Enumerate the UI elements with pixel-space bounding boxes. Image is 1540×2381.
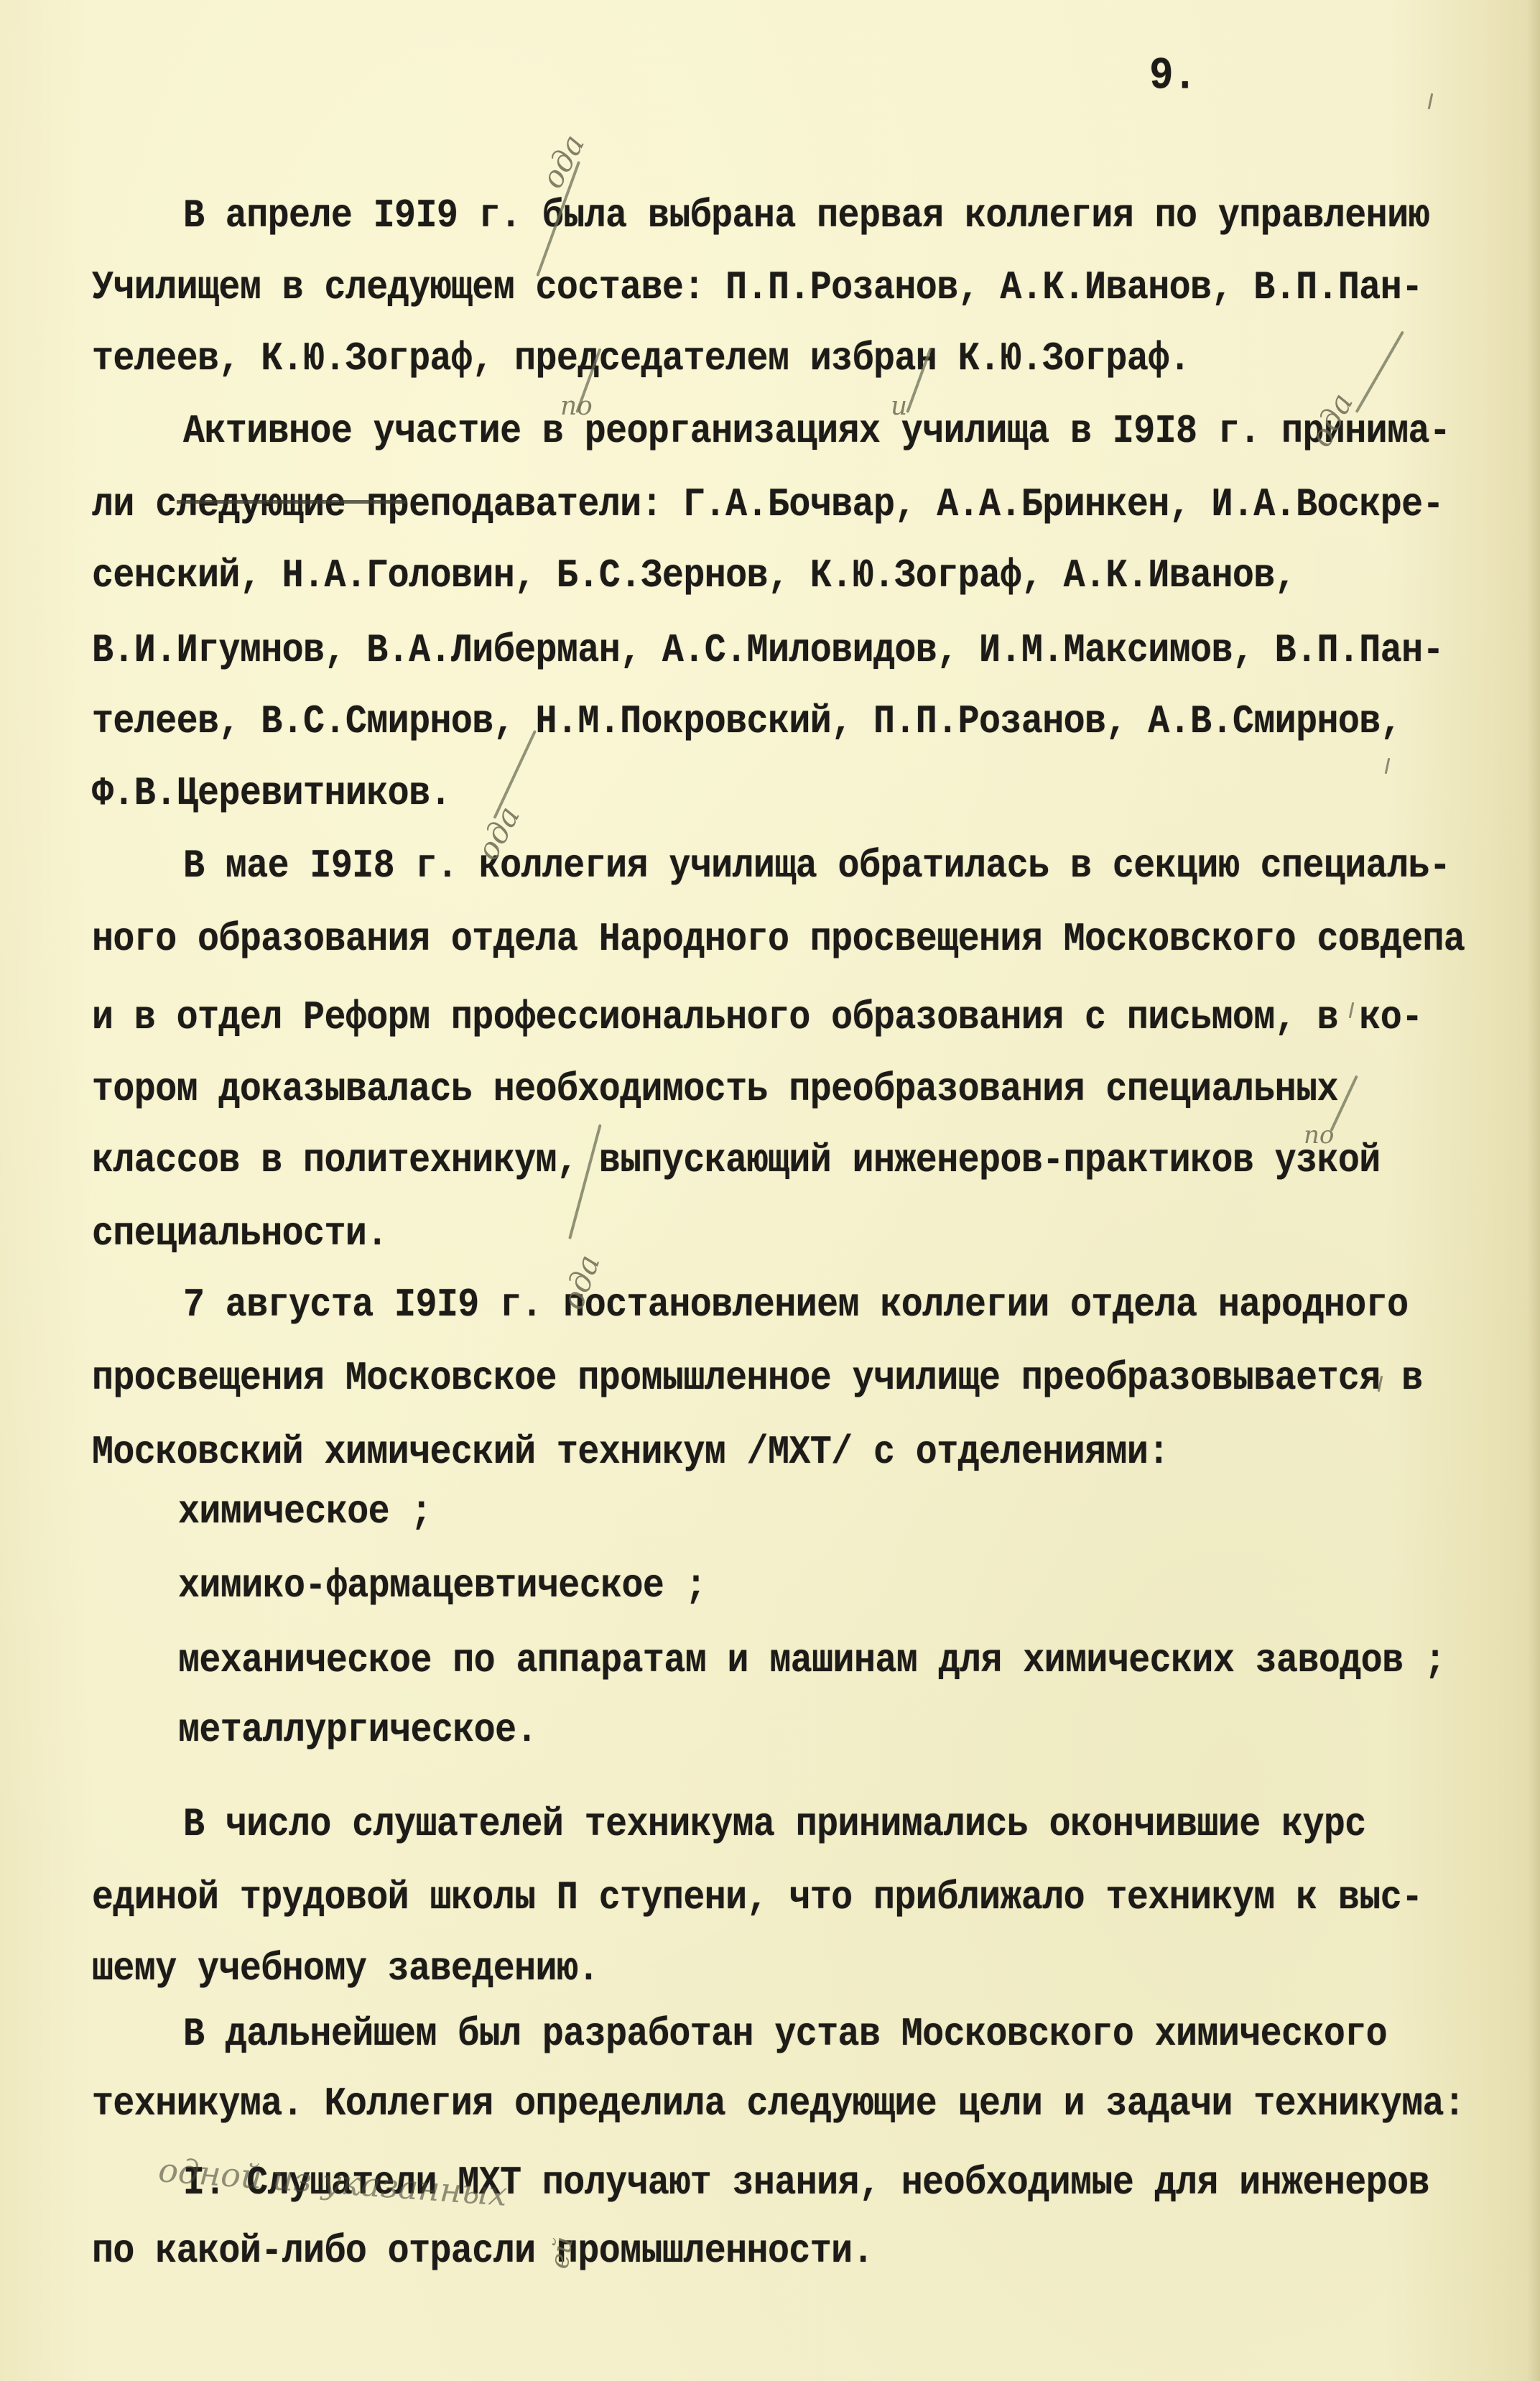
text-line: ного образования отдела Народного просве…	[92, 916, 1465, 964]
text-line: Училищем в следующем составе: П.П.Розано…	[92, 264, 1423, 313]
text-line: сенский, Н.А.Головин, Б.С.Зернов, К.Ю.Зо…	[92, 553, 1296, 601]
text-line: 7 августа I9I9 г. постановлением коллеги…	[183, 1282, 1408, 1330]
text-line: ли следующие преподаватели: Г.А.Бочвар, …	[92, 481, 1444, 530]
annotation-po-2: по	[1304, 1121, 1334, 1150]
text-line: химическое ;	[178, 1489, 432, 1537]
text-line: механическое по аппаратам и машинам для …	[178, 1637, 1445, 1686]
text-line: В апреле I9I9 г. была выбрана первая кол…	[183, 193, 1429, 241]
margin-mark	[1428, 93, 1434, 109]
strikethrough-mark	[177, 500, 407, 504]
text-line: тором доказывалась необходимость преобра…	[92, 1066, 1338, 1114]
text-line: техникума. Коллегия определила следующие…	[92, 2081, 1465, 2129]
text-line: и в отдел Реформ профессионального образ…	[92, 994, 1423, 1042]
text-line: просвещения Московское промышленное учил…	[92, 1355, 1423, 1403]
text-line: по какой-либо отрасли промышленности.	[92, 2228, 873, 2276]
page-number: 9.	[1149, 52, 1197, 100]
text-line: В.И.Игумнов, В.А.Либерман, А.С.Миловидов…	[92, 627, 1444, 675]
text-line: металлургическое.	[178, 1707, 537, 1755]
annotation-po-1: по	[560, 392, 593, 421]
text-line: Ф.В.Церевитников.	[92, 770, 451, 818]
text-line: телеев, В.С.Смирнов, Н.М.Покровский, П.П…	[92, 698, 1401, 746]
text-line: шему учебному заведению.	[92, 1946, 599, 1994]
text-line: Активное участие в реорганизациях училищ…	[183, 408, 1450, 456]
text-line: В дальнейшем был разработан устав Москов…	[183, 2011, 1387, 2059]
annotation-ei: ей	[544, 2234, 579, 2271]
document-page: 9. В апреле I9I9 г. была выбрана первая …	[0, 0, 1540, 2381]
text-line: химико-фармацевтическое ;	[178, 1563, 706, 1611]
text-line: классов в политехникум, выпускающий инже…	[92, 1137, 1381, 1185]
text-line: специальности.	[92, 1211, 388, 1259]
annotation-i: и	[891, 392, 907, 421]
margin-mark	[1385, 758, 1391, 774]
text-line: В число слушателей техникума принимались…	[183, 1801, 1366, 1849]
paper-edge	[1527, 0, 1540, 2381]
text-line: телеев, К.Ю.Зограф, председателем избран…	[92, 336, 1190, 384]
annotation-oda-1: ода	[534, 129, 591, 194]
annotation-slash	[1355, 330, 1404, 413]
text-line: единой трудовой школы П ступени, что при…	[92, 1874, 1423, 1923]
text-line: Московский химический техникум /МХТ/ с о…	[92, 1429, 1169, 1477]
text-line: В мае I9I8 г. коллегия училища обратилас…	[183, 843, 1450, 891]
